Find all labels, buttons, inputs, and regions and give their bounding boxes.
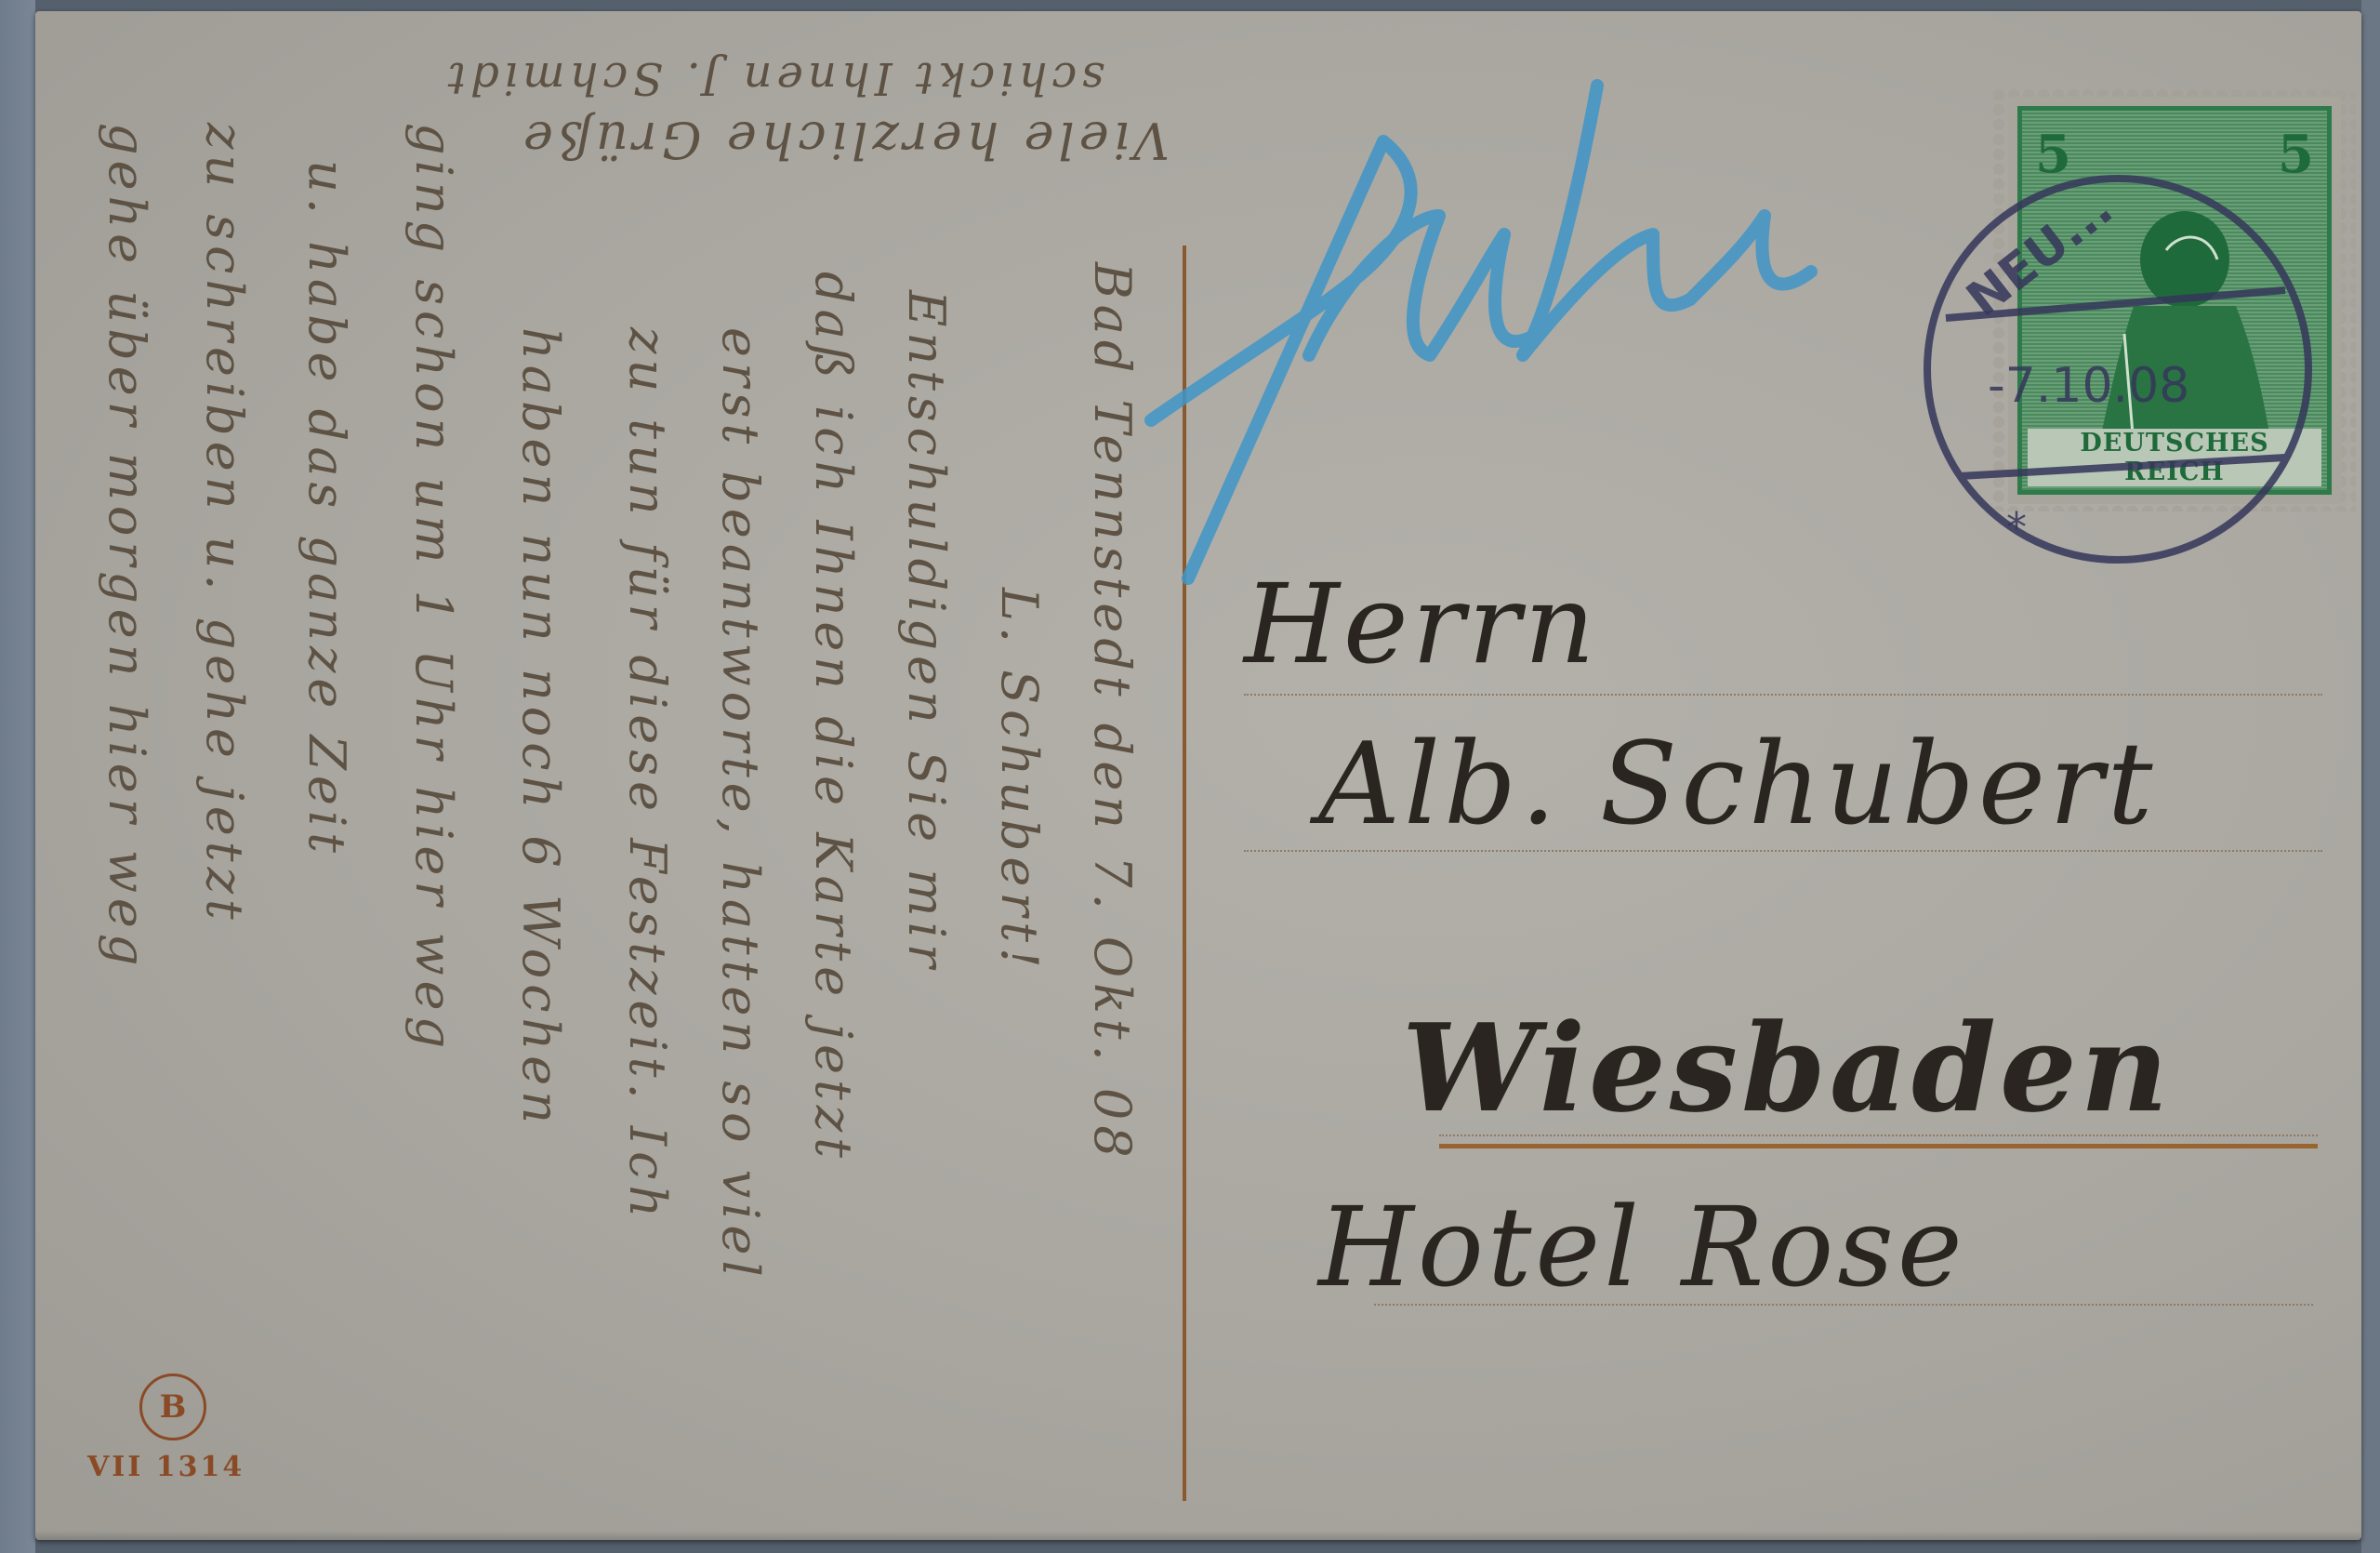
address-underline [1439, 1144, 2318, 1148]
message-line: gehe über morgen hier weg [98, 123, 156, 971]
message-line: zu tun für diese Festzeit. Ich [618, 327, 677, 1223]
message-top-line-1: Viele herzliche Grüße [519, 111, 1170, 169]
message-top-line-2: schickt Ihnen J. Schmidt [443, 52, 1104, 104]
message-line: L. Schubert! [990, 588, 1049, 974]
publisher-logo-icon: B [139, 1374, 206, 1440]
address-rule-2 [1244, 850, 2322, 852]
blue-crayon-mark [1132, 76, 1969, 597]
message-line: daß ich Ihnen die Karte jetzt [804, 272, 863, 1163]
svg-text:-7.10.08: -7.10.08 [1988, 358, 2189, 414]
address-line-city: Wiesbaden [1402, 997, 2172, 1139]
message-line: ging schon um 1 Uhr hier weg [404, 123, 463, 1054]
postmark-cancellation: NEU... -7.10.08 * [1848, 151, 2332, 588]
address-rule-1 [1244, 694, 2322, 696]
postcard: Viele herzliche Grüße schickt Ihnen J. S… [35, 11, 2361, 1540]
address-line-hotel: Hotel Rose [1318, 1183, 1966, 1311]
message-line: u. habe das ganze Zeit [297, 160, 356, 858]
svg-text:*: * [2006, 504, 2027, 551]
message-line: zu schreiben u. gehe jetzt [195, 123, 254, 925]
message-line: Entschuldigen Sie mir [897, 290, 956, 974]
message-line: haben nun noch 6 Wochen [511, 327, 570, 1129]
publisher-code: VII 1314 [87, 1451, 245, 1483]
address-line-name: Alb. Schubert [1318, 718, 2156, 850]
message-line: erst beantworte, hatten so viel [711, 327, 770, 1282]
